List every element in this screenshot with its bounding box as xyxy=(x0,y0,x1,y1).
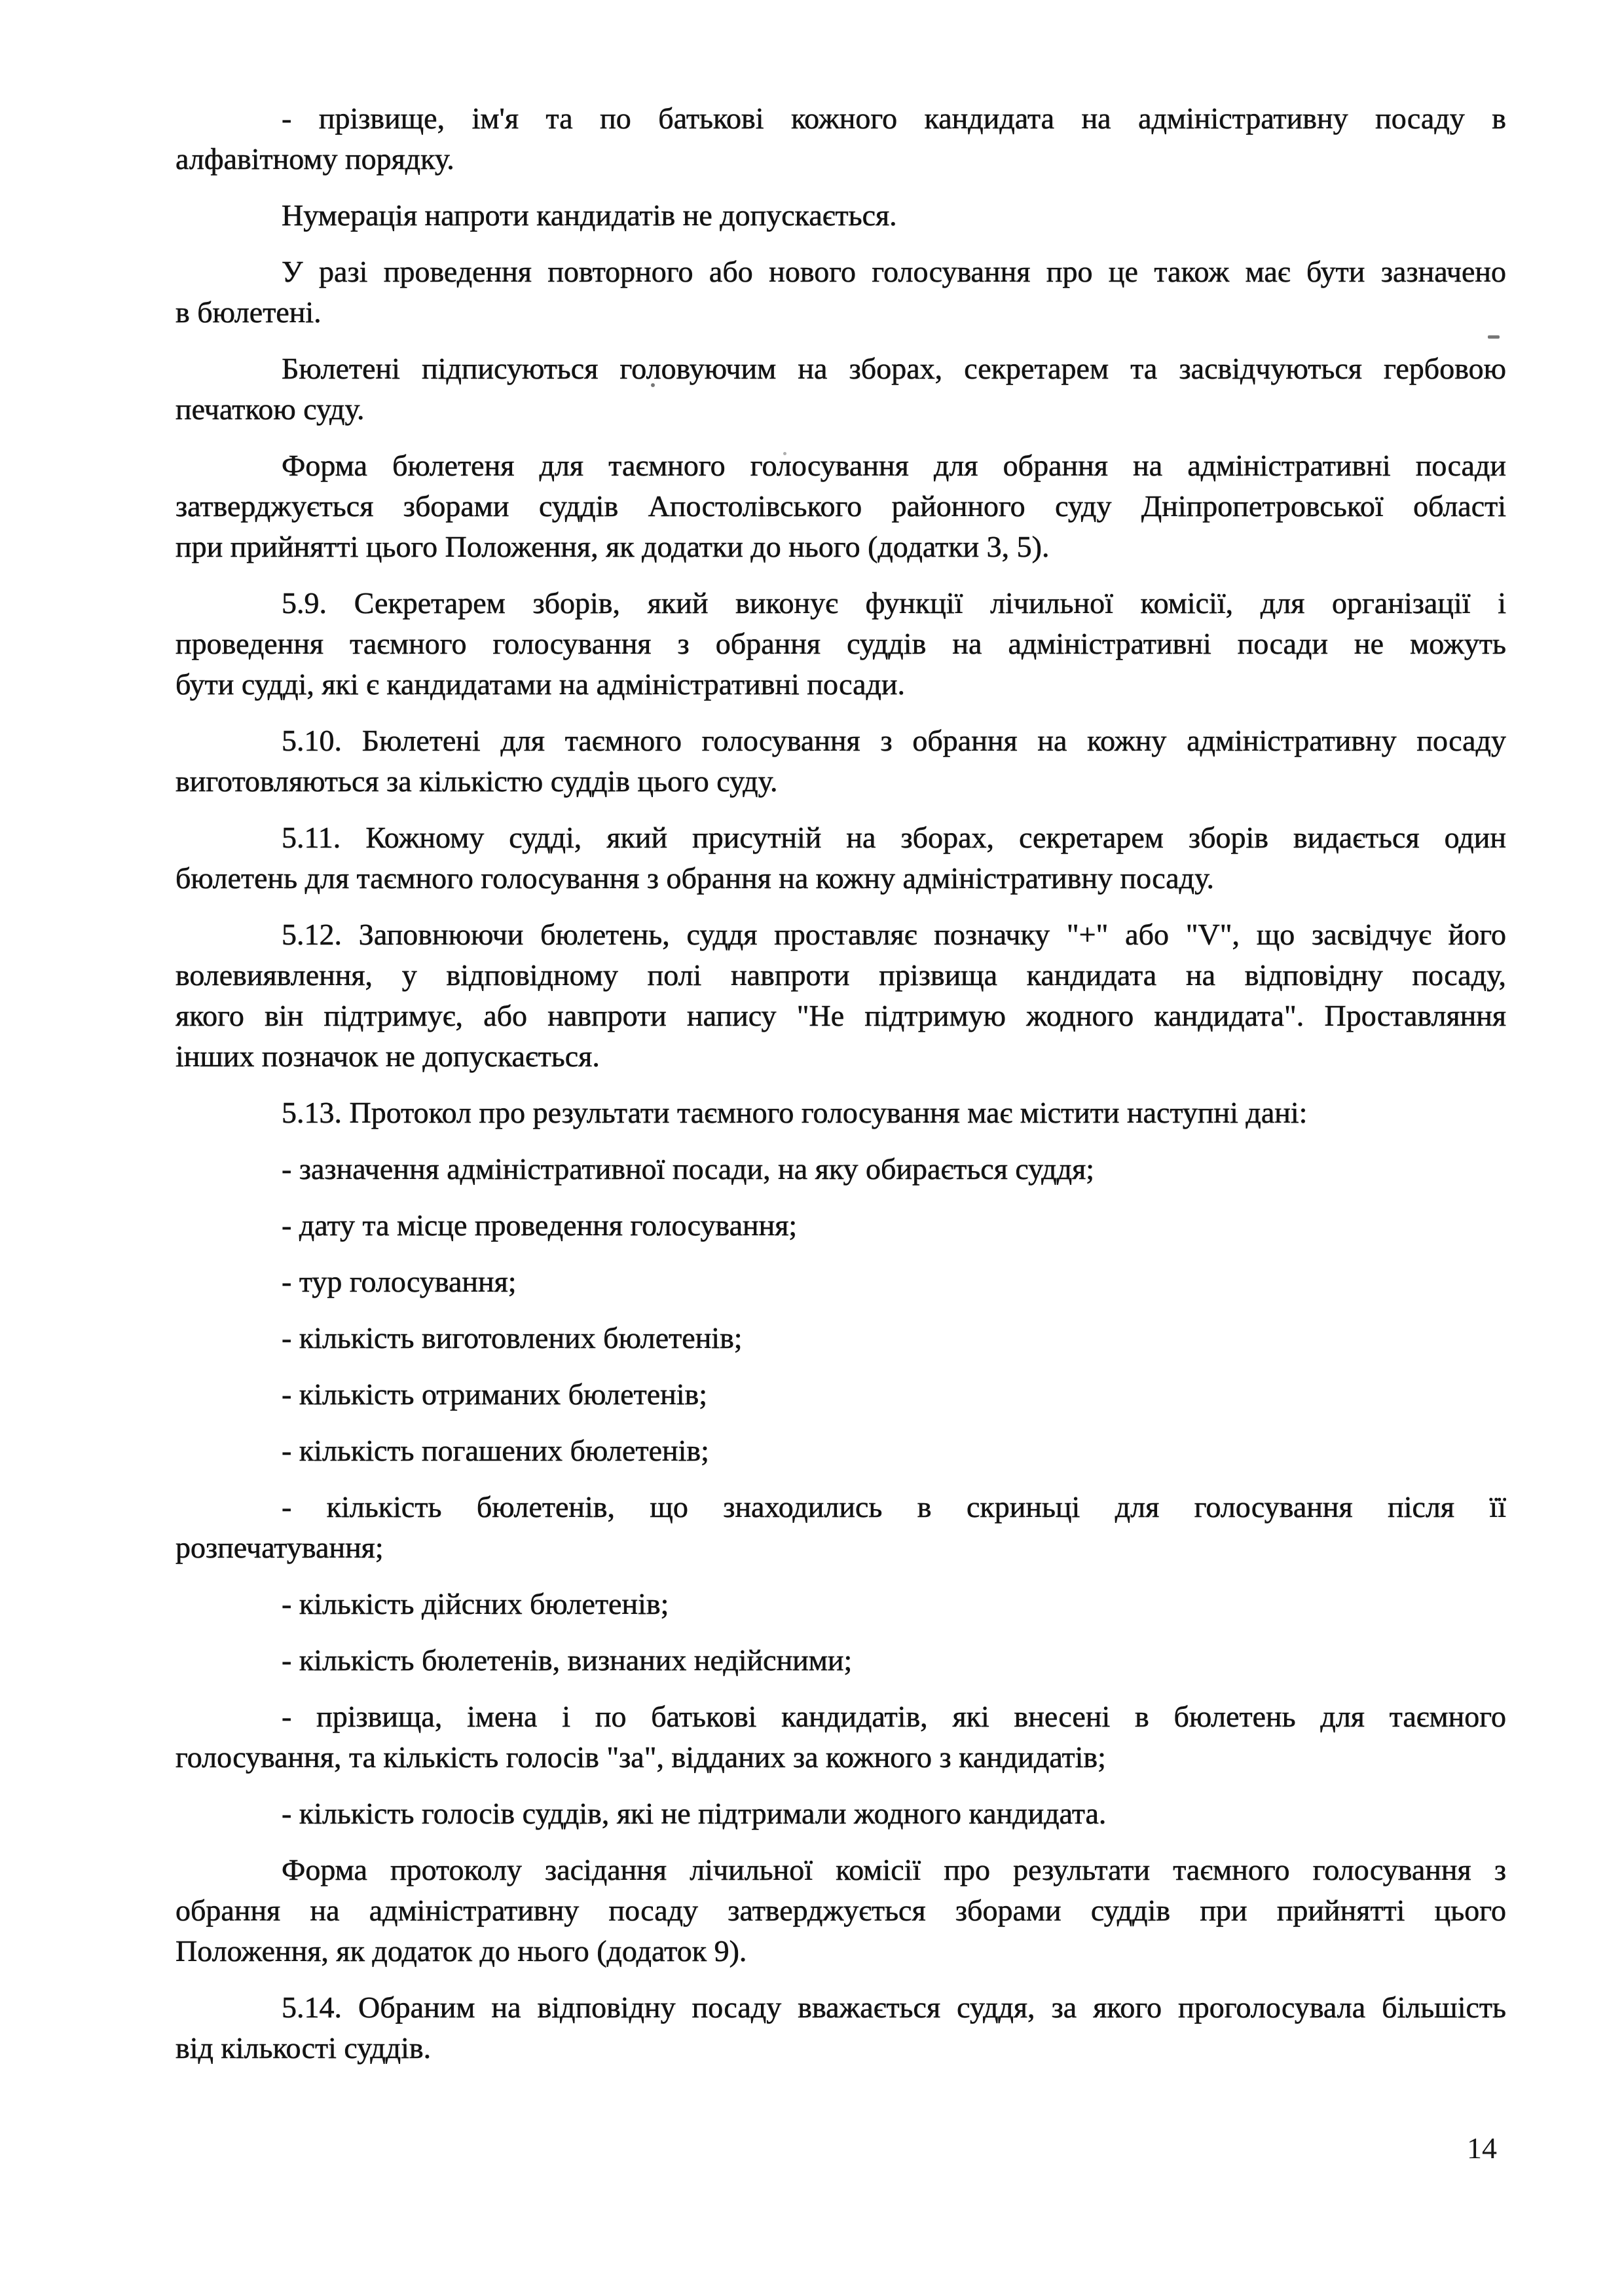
text-line: алфавітному порядку. xyxy=(175,139,1506,179)
text-line: голосування, та кількість голосів "за", … xyxy=(175,1737,1506,1778)
text-line: 5.10. Бюлетені для таємного голосування … xyxy=(175,720,1506,761)
document-body: - прізвище, ім'я та по батькові кожного … xyxy=(175,98,1506,2068)
paragraph: - кількість бюлетенів, визнаних недійсни… xyxy=(175,1640,1506,1681)
paragraph: - кількість бюлетенів, що знаходились в … xyxy=(175,1487,1506,1568)
text-line: Нумерація напроти кандидатів не допускає… xyxy=(175,195,1506,236)
text-line: - кількість отриманих бюлетенів; xyxy=(175,1374,1506,1415)
text-line: бюлетень для таємного голосування з обра… xyxy=(175,858,1506,899)
text-line: Форма бюлетеня для таємного голосування … xyxy=(175,445,1506,486)
scan-speck xyxy=(783,452,786,455)
paragraph: - тур голосування; xyxy=(175,1262,1506,1302)
text-line: волевиявлення, у відповідному полі навпр… xyxy=(175,955,1506,996)
text-line: виготовляються за кількістю суддів цього… xyxy=(175,761,1506,802)
text-line: від кількості суддів. xyxy=(175,2028,1506,2068)
paragraph: - зазначення адміністративної посади, на… xyxy=(175,1149,1506,1189)
text-line: розпечатування; xyxy=(175,1527,1506,1568)
paragraph: - прізвище, ім'я та по батькові кожного … xyxy=(175,98,1506,179)
text-line: в бюлетені. xyxy=(175,292,1506,333)
page-number: 14 xyxy=(1467,2132,1513,2165)
text-line: Бюлетені підписуються головуючим на збор… xyxy=(175,348,1506,389)
paragraph: Бюлетені підписуються головуючим на збор… xyxy=(175,348,1506,430)
paragraph: Форма протоколу засідання лічильної комі… xyxy=(175,1850,1506,1972)
paragraph: - прізвища, імена і по батькові кандидат… xyxy=(175,1696,1506,1778)
paragraph: Нумерація напроти кандидатів не допускає… xyxy=(175,195,1506,236)
paragraph: - кількість голосів суддів, які не підтр… xyxy=(175,1793,1506,1834)
text-line: Положення, як додаток до нього (додаток … xyxy=(175,1931,1506,1972)
paragraph: 5.13. Протокол про результати таємного г… xyxy=(175,1093,1506,1133)
text-line: - прізвища, імена і по батькові кандидат… xyxy=(175,1696,1506,1737)
text-line: - кількість погашених бюлетенів; xyxy=(175,1431,1506,1471)
text-line: - кількість бюлетенів, що знаходились в … xyxy=(175,1487,1506,1527)
paragraph: - кількість виготовлених бюлетенів; xyxy=(175,1318,1506,1358)
paragraph: - дату та місце проведення голосування; xyxy=(175,1205,1506,1246)
text-line: - тур голосування; xyxy=(175,1262,1506,1302)
text-line: 5.14. Обраним на відповідну посаду вважа… xyxy=(175,1987,1506,2028)
text-line: - кількість дійсних бюлетенів; xyxy=(175,1584,1506,1624)
paragraph: - кількість погашених бюлетенів; xyxy=(175,1431,1506,1471)
text-line: інших позначок не допускається. xyxy=(175,1036,1506,1077)
text-line: 5.11. Кожному судді, який присутній на з… xyxy=(175,817,1506,858)
text-line: печаткою суду. xyxy=(175,389,1506,430)
text-line: - прізвище, ім'я та по батькові кожного … xyxy=(175,98,1506,139)
text-line: - зазначення адміністративної посади, на… xyxy=(175,1149,1506,1189)
paragraph: 5.11. Кожному судді, який присутній на з… xyxy=(175,817,1506,899)
paragraph: - кількість дійсних бюлетенів; xyxy=(175,1584,1506,1624)
text-line: бути судді, які є кандидатами на адмініс… xyxy=(175,664,1506,705)
text-line: обрання на адміністративну посаду затвер… xyxy=(175,1890,1506,1931)
paragraph: 5.14. Обраним на відповідну посаду вважа… xyxy=(175,1987,1506,2068)
document-page: - прізвище, ім'я та по батькові кожного … xyxy=(0,0,1624,2282)
text-line: при прийнятті цього Положення, як додатк… xyxy=(175,527,1506,567)
scan-speck xyxy=(651,383,655,387)
paragraph: 5.9. Секретарем зборів, який виконує фун… xyxy=(175,583,1506,705)
paragraph: Форма бюлетеня для таємного голосування … xyxy=(175,445,1506,567)
paragraph: 5.10. Бюлетені для таємного голосування … xyxy=(175,720,1506,802)
text-line: 5.9. Секретарем зборів, який виконує фун… xyxy=(175,583,1506,624)
text-line: якого він підтримує, або навпроти напису… xyxy=(175,996,1506,1036)
text-line: 5.12. Заповнюючи бюлетень, суддя простав… xyxy=(175,914,1506,955)
text-line: - дату та місце проведення голосування; xyxy=(175,1205,1506,1246)
text-line: У разі проведення повторного або нового … xyxy=(175,252,1506,292)
paragraph: 5.12. Заповнюючи бюлетень, суддя простав… xyxy=(175,914,1506,1077)
text-line: проведення таємного голосування з обранн… xyxy=(175,624,1506,664)
text-line: 5.13. Протокол про результати таємного г… xyxy=(175,1093,1506,1133)
scan-speck xyxy=(1488,335,1500,339)
text-line: затверджується зборами суддів Апостолівс… xyxy=(175,486,1506,527)
paragraph: - кількість отриманих бюлетенів; xyxy=(175,1374,1506,1415)
text-line: - кількість виготовлених бюлетенів; xyxy=(175,1318,1506,1358)
paragraph: У разі проведення повторного або нового … xyxy=(175,252,1506,333)
text-line: Форма протоколу засідання лічильної комі… xyxy=(175,1850,1506,1890)
text-line: - кількість голосів суддів, які не підтр… xyxy=(175,1793,1506,1834)
text-line: - кількість бюлетенів, визнаних недійсни… xyxy=(175,1640,1506,1681)
